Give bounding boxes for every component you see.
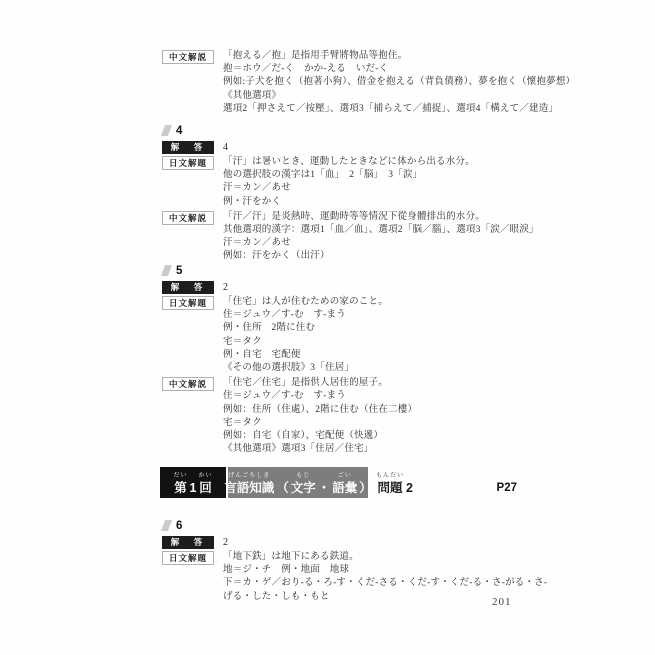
text-line: 「汗／汗」是炎熱時、運動時等等情況下從身體排出的水分。: [223, 211, 582, 224]
unit-header-banner: だい第 1 かい回 げんごちしき言語知識 （ もじ文字 ・ ごい語彙 ） もんだ…: [160, 467, 517, 498]
text-line: 「抱える／抱」是指用手臂將物品等抱住。: [223, 50, 582, 63]
cn-explanation-label: 中文解説: [162, 50, 214, 64]
text-line: 地＝ジ・チ 例・地面 地球: [223, 564, 582, 577]
text-line: 例如:子犬を抱く（抱著小狗）、借金を抱える（背負債務）、夢を抱く（懷抱夢想）: [223, 76, 582, 89]
jp-explanation-text: 「汗」は暑いとき、運動したときなどに体から出る水分。 他の選択肢の漢字は1「血」…: [223, 156, 582, 209]
text-line: 他の選択肢の漢字は1「血」 2「脳」 3「涙」: [223, 169, 582, 182]
section-question-4: 4 解 答 4 日文解題 「汗」は暑いとき、運動したときなどに体から出る水分。 …: [162, 125, 582, 266]
jp-explanation-text: 「住宅」は人が住むための家のこと。 住＝ジュウ／す‐む す‐まう 例・住所 2階…: [223, 296, 582, 375]
text-line: 「住宅／住宅」是指供人居住的屋子。: [223, 377, 582, 390]
text-line: 「住宅」は人が住むための家のこと。: [223, 296, 582, 309]
question-number: 5: [176, 265, 182, 278]
page-reference: P27: [497, 467, 517, 498]
text-line: げる・した・しも・もと: [223, 591, 582, 604]
answer-value: 2: [223, 281, 228, 294]
section-title-badge: げんごちしき言語知識 （ もじ文字 ・ ごい語彙 ）: [228, 467, 368, 498]
section-question-5: 5 解 答 2 日文解題 「住宅」は人が住むための家のこと。 住＝ジュウ／す‐む…: [162, 265, 582, 458]
section-question-6: 6 解 答 2 日文解題 「地下鉄」は地下にある鉄道。 地＝ジ・チ 例・地面 地…: [162, 520, 582, 606]
text-line: 汗＝カン／あせ: [223, 237, 582, 250]
text-line: 住＝ジュウ／す‐む す‐まう: [223, 390, 582, 403]
book-page: 中文解説 「抱える／抱」是指用手臂將物品等抱住。 抱＝ホウ／だ‐く かか‐える …: [0, 0, 655, 655]
text-line: 「地下鉄」は地下にある鉄道。: [223, 551, 582, 564]
problem-label: もんだい問題 2: [368, 467, 497, 498]
text-line: 《その他の選択肢》3「住居」: [223, 362, 582, 375]
jp-explanation-label: 日文解題: [162, 551, 214, 565]
text-line: 宅＝タク: [223, 336, 582, 349]
jp-explanation-label: 日文解題: [162, 296, 214, 310]
intro-section: 中文解説 「抱える／抱」是指用手臂將物品等抱住。 抱＝ホウ／だ‐く かか‐える …: [162, 50, 582, 118]
text-line: 選項2「押さえて／按壓」、選項3「捕らえて／捕捉」、選項4「構えて／建造」: [223, 103, 582, 116]
cn-explanation-text: 「汗／汗」是炎熱時、運動時等等情況下從身體排出的水分。 其他選項的漢字：選項1「…: [223, 211, 582, 264]
question-number: 6: [176, 520, 182, 533]
question-number: 4: [176, 125, 182, 138]
round-badge: だい第 1 かい回: [160, 467, 226, 498]
jp-explanation-label: 日文解題: [162, 156, 214, 170]
section-corner-icon: [161, 520, 172, 531]
text-line: 「汗」は暑いとき、運動したときなどに体から出る水分。: [223, 156, 582, 169]
text-line: 汗＝カン／あせ: [223, 182, 582, 195]
answer-label: 解 答: [162, 281, 214, 294]
text-line: 其他選項的漢字：選項1「血／血」、選項2「脳／腦」、選項3「涙／眼淚」: [223, 224, 582, 237]
cn-explanation-text: 「抱える／抱」是指用手臂將物品等抱住。 抱＝ホウ／だ‐く かか‐える いだ‐く …: [223, 50, 582, 116]
cn-explanation-label: 中文解説: [162, 211, 214, 225]
text-line: 《其他選項》: [223, 90, 582, 103]
answer-value: 2: [223, 536, 228, 549]
cn-explanation-label: 中文解説: [162, 377, 214, 391]
answer-value: 4: [223, 141, 228, 154]
text-line: 例如：自宅（自家）、宅配便（快遞）: [223, 430, 582, 443]
text-line: 抱＝ホウ／だ‐く かか‐える いだ‐く: [223, 63, 582, 76]
text-line: 例・自宅 宅配便: [223, 349, 582, 362]
answer-label: 解 答: [162, 536, 214, 549]
text-line: 例・住所 2階に住む: [223, 322, 582, 335]
section-corner-icon: [161, 125, 172, 136]
text-line: 例如：住所（住處）、2階に住む（住在二樓）: [223, 404, 582, 417]
jp-explanation-text: 「地下鉄」は地下にある鉄道。 地＝ジ・チ 例・地面 地球 下＝カ・ゲ／おり‐る・…: [223, 551, 582, 604]
cn-explanation-text: 「住宅／住宅」是指供人居住的屋子。 住＝ジュウ／す‐む す‐まう 例如：住所（住…: [223, 377, 582, 456]
text-line: 例・汗をかく: [223, 196, 582, 209]
text-line: 下＝カ・ゲ／おり‐る・ろ‐す・くだ‐さる・くだ‐す・くだ‐る・さ‐がる・さ‐: [223, 577, 582, 590]
text-line: 宅＝タク: [223, 417, 582, 430]
text-line: 《其他選項》選項3「住居／住宅」: [223, 443, 582, 456]
section-corner-icon: [161, 265, 172, 276]
text-line: 住＝ジュウ／す‐む す‐まう: [223, 309, 582, 322]
page-number: 201: [492, 596, 512, 608]
text-line: 例如：汗をかく（出汗）: [223, 250, 582, 263]
answer-label: 解 答: [162, 141, 214, 154]
